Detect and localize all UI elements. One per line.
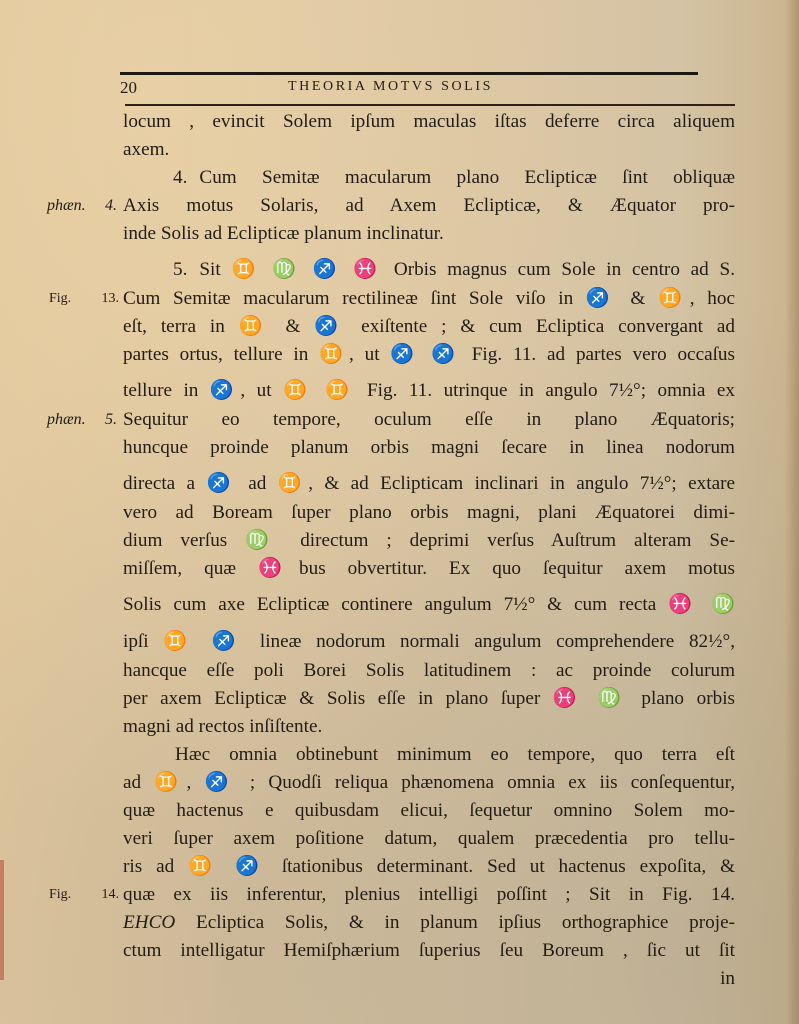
text-line: tellure in ♐, ut ♊ ♊ Fig. 11. utrinque i…: [123, 369, 735, 406]
text-line: Sit ♊ ♍ ♐ ♓ Orbis magnus cum Sole in cen…: [199, 259, 735, 280]
text-line: magni ad rectos inſiſtente.: [123, 713, 735, 741]
text-line: Ecliptica Solis, & in planum ipſius orth…: [196, 912, 735, 933]
text-line-with-note: phæn. 4. Axis motus Solaris, ad Axem Ecl…: [123, 192, 735, 220]
text-line: Cum Semitæ macularum rectilineæ ſint Sol…: [123, 288, 735, 309]
text-line: Solis cum axe Eclipticæ continere angulu…: [123, 583, 735, 620]
running-title: THEORIA MOTVS SOLIS: [288, 79, 493, 95]
page-header: 20 THEORIA MOTVS SOLIS: [120, 78, 732, 100]
text-line: ris ad ♊ ♐ ſtationibus determinant. Sed …: [123, 853, 735, 881]
text-line: quæ hactenus e quibusdam elicui, ſequetu…: [123, 797, 735, 825]
body-text: locum , evincit Solem ipſum maculas iſta…: [123, 108, 735, 993]
margin-note-phaen-4: phæn. 4.: [47, 192, 117, 220]
catchword: in: [123, 965, 735, 993]
text-line: dium verſus ♍ directum ; deprimi verſus …: [123, 527, 735, 555]
text-line: Hæc omnia obtinebunt minimum eo tempore,…: [123, 741, 735, 769]
text-line: ad ♊, ♐ ; Quodſi reliqua phænomena omnia…: [123, 769, 735, 797]
section-number: 4.: [173, 167, 187, 188]
margin-note-phaen-5: phæn. 5.: [47, 406, 117, 434]
text-line: Axis motus Solaris, ad Axem Eclipticæ, &…: [123, 195, 735, 216]
text-line: Sequitur eo tempore, oculum eſſe in plan…: [123, 409, 735, 430]
text-line: quæ ex iis inferentur, plenius intelligi…: [123, 884, 735, 905]
margin-note-fig-14: Fig. 14.: [49, 881, 119, 909]
text-line: miſſem, quæ ♓bus obvertitur. Ex quo ſequ…: [123, 555, 735, 583]
paragraph-5-first-line: 5.Sit ♊ ♍ ♐ ♓ Orbis magnus cum Sole in c…: [123, 248, 735, 285]
text-line-with-label: EHCO Ecliptica Solis, & in planum ipſius…: [123, 909, 735, 937]
text-line-with-note: Fig. 14. quæ ex iis inferentur, plenius …: [123, 881, 735, 909]
text-line: per axem Eclipticæ & Solis eſſe in plano…: [123, 685, 735, 713]
text-line: huncque proinde planum orbis magni ſecar…: [123, 434, 735, 462]
text-line: ctum intelligatur Hemiſphærium ſuperius …: [123, 937, 735, 965]
text-line: hancque eſſe poli Borei Solis latitudine…: [123, 657, 735, 685]
section-number: 5.: [173, 259, 187, 280]
text-line: axem.: [123, 136, 735, 164]
text-line: directa a ♐ ad ♊, & ad Eclipticam inclin…: [123, 462, 735, 499]
page-edge-tint: [0, 860, 4, 980]
page-edge-shadow: [785, 0, 799, 1024]
header-top-rule: [120, 72, 698, 75]
text-line-with-note: Fig. 13. Cum Semitæ macularum rectilineæ…: [123, 285, 735, 313]
page-number: 20: [120, 78, 137, 98]
text-line: eſt, terra in ♊ & ♐ exiſtente ; & cum Ec…: [123, 313, 735, 341]
text-line: ipſi ♊ ♐ lineæ nodorum normali angulum c…: [123, 620, 735, 657]
text-line-with-note: phæn. 5. Sequitur eo tempore, oculum eſſ…: [123, 406, 735, 434]
text-line: Cum Semitæ macularum plano Eclipticæ ſin…: [199, 167, 735, 188]
text-line: partes ortus, tellure in ♊, ut ♐ ♐ Fig. …: [123, 341, 735, 369]
text-line: locum , evincit Solem ipſum maculas iſta…: [123, 108, 735, 136]
text-line: inde Solis ad Eclipticæ planum inclinatu…: [123, 220, 735, 248]
figure-label-ehco: EHCO: [123, 912, 175, 933]
header-bottom-rule: [125, 104, 735, 106]
text-line: vero ad Boream ſuper plano orbis magni, …: [123, 499, 735, 527]
text-line: veri ſuper axem poſitione datum, qualem …: [123, 825, 735, 853]
paragraph-4-first-line: 4.Cum Semitæ macularum plano Eclipticæ ſ…: [123, 164, 735, 192]
margin-note-fig-13: Fig. 13.: [49, 285, 119, 313]
